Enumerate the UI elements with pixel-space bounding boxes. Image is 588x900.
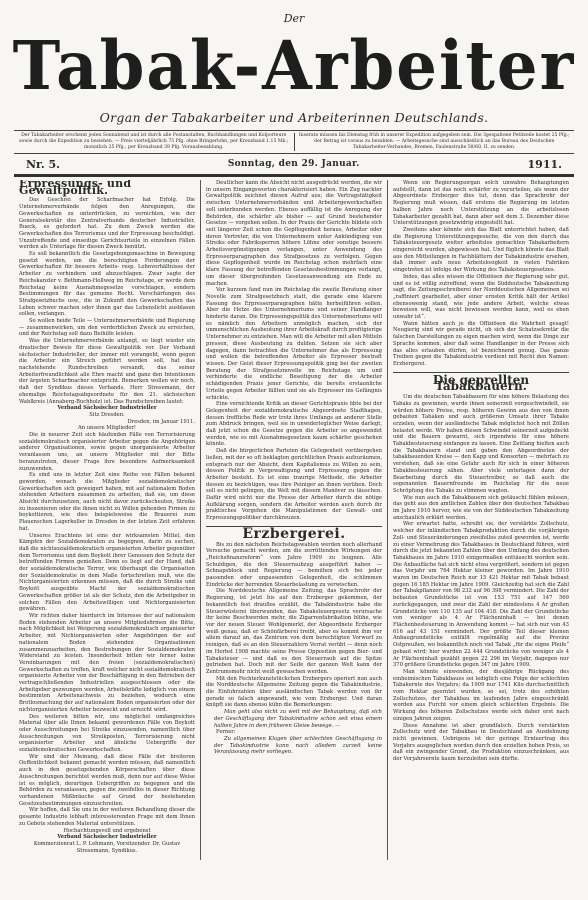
- headline-tabakbauern: Die geprellten Tabakbauern.: [393, 377, 569, 390]
- quotation: Man geht also nicht zu weit mit der Beha…: [206, 709, 382, 729]
- letter-paragraph: Wir richten daher hierdurch im Interesse…: [19, 613, 195, 714]
- paragraph: Wann hätten auch je die Offiziösen die W…: [393, 321, 569, 368]
- letter-paragraph: Des weiteren bitten wir, uns möglichst u…: [19, 714, 195, 754]
- issue-year: 1911.: [528, 158, 562, 171]
- masthead-article: Der: [0, 0, 588, 28]
- paragraph: Die Norddeutsche Allgemeine Zeitung, das…: [206, 588, 382, 675]
- signature-names: Kommerzienrat L. P. Lehmann, Vorsitzende…: [19, 841, 195, 854]
- paragraph: Mit den Fechterkunststückchen Erzbergers…: [206, 676, 382, 710]
- paragraph: Was die Unternehmerverbände anlangt, so …: [19, 338, 195, 405]
- letter-salutation: An unsere Mitglieder!: [19, 425, 195, 432]
- letter-paragraph: Wir sind der Meinung, daß diese Fälle de…: [19, 754, 195, 808]
- article-columns: Erpressungs- und Gewaltpolitik. Das Gesc…: [14, 180, 574, 860]
- masthead: Der Tabak-Arbeiter Organ der Tabakarbeit…: [0, 0, 588, 177]
- paragraph: Indes, das alles wissen die Offiziösen d…: [393, 274, 569, 321]
- letter-date: Dresden, im Januar 1911.: [19, 419, 195, 426]
- letter-paragraph: Wir hoffen, daß Sie uns in der weiteren …: [19, 807, 195, 827]
- headline-erzbergerei: Erzbergerei.: [206, 531, 382, 538]
- paragraph: Eine vernichtende Kritik an dieser Geric…: [206, 401, 382, 448]
- paragraph: Wenn ein Regierungsorgan solch unwahre B…: [393, 180, 569, 227]
- paragraph: Wie nun auch die Tabakbauern sich getäus…: [393, 495, 569, 522]
- newspaper-subtitle: Organ der Tabakarbeiter und Arbeiterinne…: [0, 110, 588, 128]
- paragraph: Wer erwartet hatte, schreibt sie, der ve…: [393, 521, 569, 668]
- newspaper-title: Tabak-Arbeiter: [0, 26, 588, 110]
- column-1: Erpressungs- und Gewaltpolitik. Das Gesc…: [14, 180, 200, 860]
- dateline: Nr. 5. Sonntag, den 29. Januar. 1911.: [26, 154, 562, 174]
- letter-seat: Sitz Dresden.: [19, 412, 195, 419]
- paragraph: Diese Annahme ist aber grundfalsch. Durc…: [393, 723, 569, 763]
- signature-organization: Verband Sächsischer Industrieller: [19, 834, 195, 841]
- letter-paragraph: Unseres Erachtens ist eins der wirksamst…: [19, 533, 195, 613]
- header-rule: [14, 174, 574, 177]
- publication-info: Der Tabakarbeiter erscheint jeden Sonnab…: [14, 130, 574, 154]
- paragraph: Ferner:: [206, 729, 382, 736]
- letter-organization: Verband Sächsischer Industrieller: [19, 405, 195, 412]
- newspaper-page: Der Tabak-Arbeiter Organ der Tabakarbeit…: [0, 0, 588, 900]
- column-3: Wenn ein Regierungsorgan solch unwahre B…: [387, 180, 574, 860]
- paragraph: Um die deutschen Tabakbauern für eine hö…: [393, 394, 569, 495]
- subscription-info: Der Tabakarbeiter erscheint jeden Sonnab…: [14, 133, 295, 151]
- paragraph: Bis zu den nächsten Reichstagswahlen wer…: [206, 542, 382, 589]
- paragraph: Deutlicher kann die Absicht nicht ausged…: [206, 180, 382, 287]
- paragraph: Das Geschrei der Scharfmacher hat Erfolg…: [19, 197, 195, 251]
- paragraph: Vor kurzem fand nun im Reichstag die zwe…: [206, 287, 382, 401]
- issue-date: Sonntag, den 29. Januar.: [228, 159, 360, 169]
- paragraph: Es soll bekanntlich die Gesetzgebungsmas…: [19, 251, 195, 318]
- paragraph: Man könnte einwenden, der diesjährige Rü…: [393, 669, 569, 723]
- headline-erpressungspolitik: Erpressungs- und Gewaltpolitik.: [19, 181, 195, 194]
- issue-number: Nr. 5.: [26, 158, 60, 171]
- letter-paragraph: Es sind uns in letzter Zeit eine Reihe v…: [19, 472, 195, 532]
- paragraph: Zweitens aber könnte sich das Blatt unte…: [393, 227, 569, 274]
- paragraph: Daß die bürgerlichen Parteien die Gelege…: [206, 448, 382, 522]
- letter-paragraph: Die in neuerer Zeit sich häufenden Fälle…: [19, 432, 195, 472]
- paragraph: So wollen beide Teile — Unternehmerverbä…: [19, 318, 195, 338]
- column-2: Deutlicher kann die Absicht nicht ausged…: [200, 180, 387, 860]
- quotation: Zu allgemeinen Klagen über schlechten Ge…: [206, 736, 382, 756]
- advertising-info: Inserate müssen bis Dienstag früh in uns…: [295, 133, 575, 151]
